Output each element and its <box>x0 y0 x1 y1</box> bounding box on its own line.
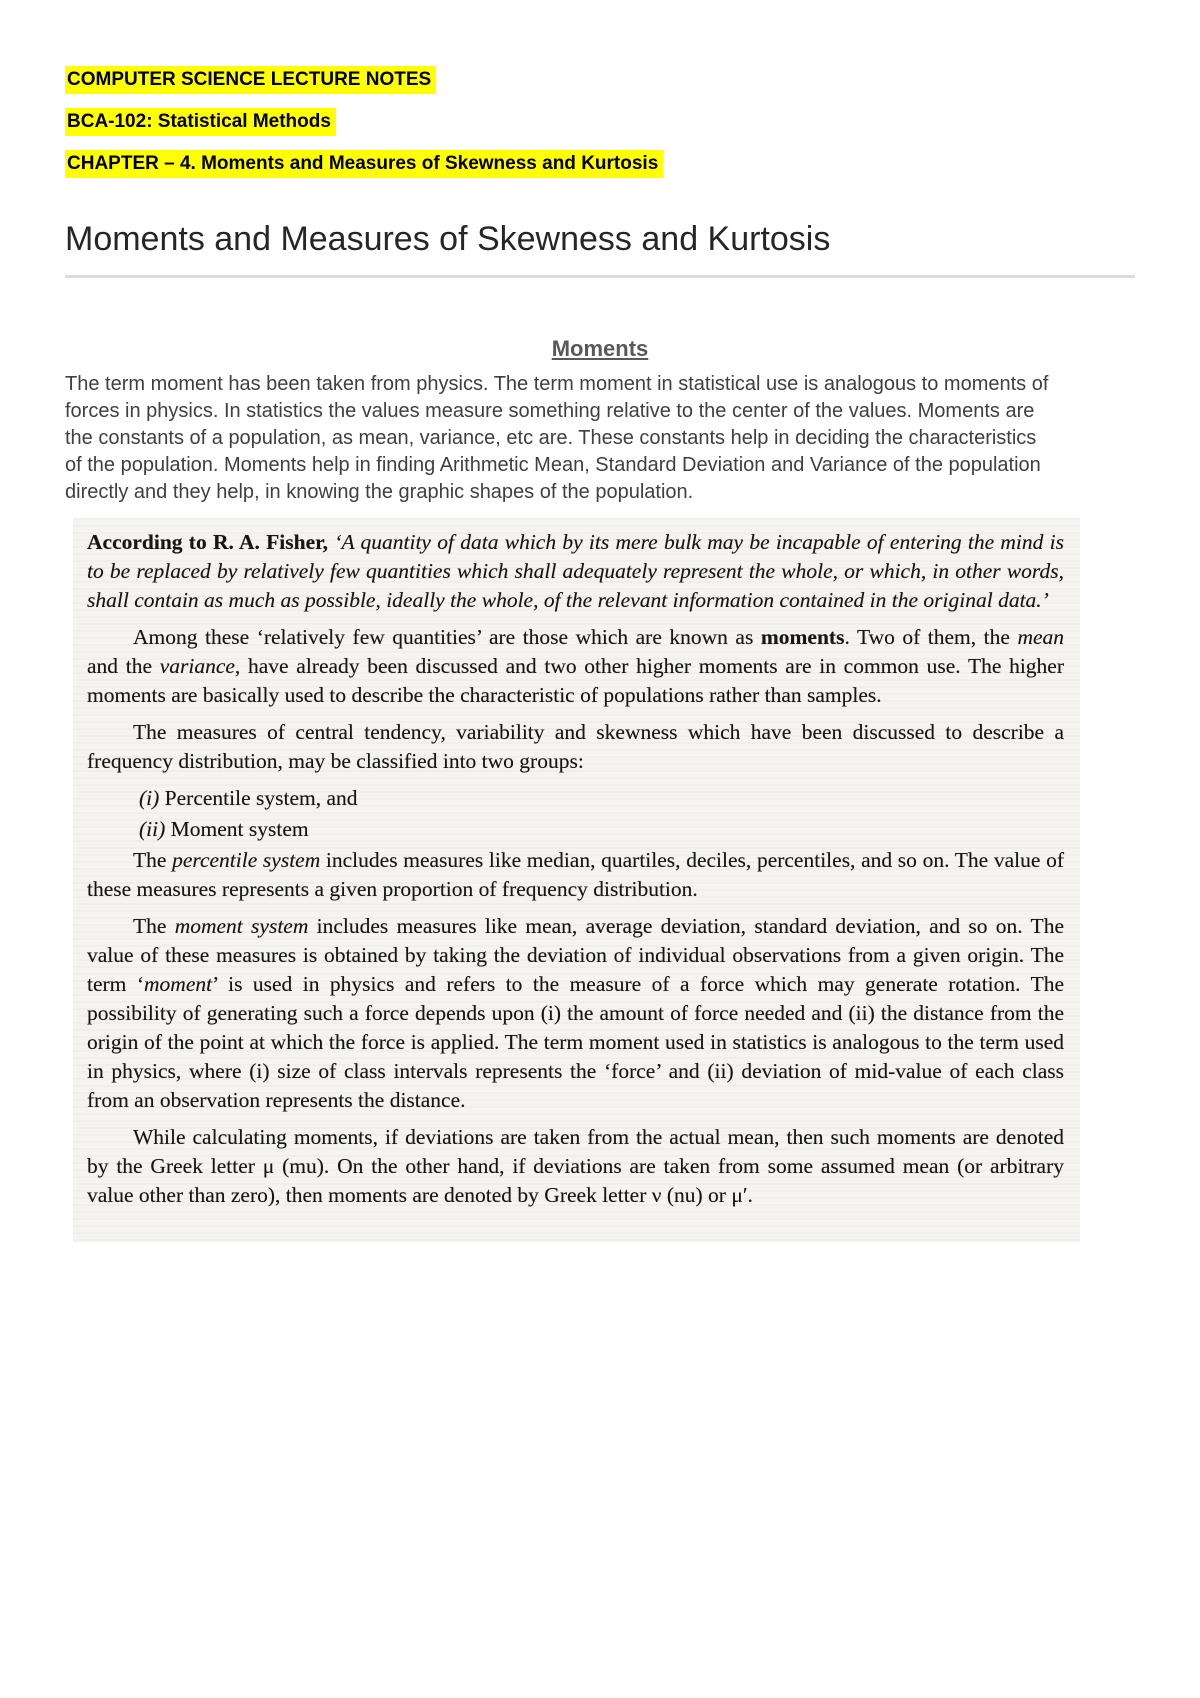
scan-text-run: Among these ‘relatively few quantities’ … <box>133 625 761 649</box>
document-page: COMPUTER SCIENCE LECTURE NOTES BCA-102: … <box>0 0 1200 1242</box>
scan-text-run: moment <box>144 972 212 996</box>
scan-text-run: moment system <box>175 914 309 938</box>
scan-paragraph: According to R. A. Fisher, ‘A quantity o… <box>87 528 1064 615</box>
header-line-1: COMPUTER SCIENCE LECTURE NOTES <box>65 66 1135 94</box>
scan-text-run: Moment system <box>165 817 308 841</box>
scan-text-run: percentile system <box>172 848 320 872</box>
header-line-3: CHAPTER – 4. Moments and Measures of Ske… <box>65 150 1135 178</box>
title-divider <box>65 275 1135 278</box>
scan-text-run: While calculating moments, if deviations… <box>87 1125 1064 1207</box>
header-highlight-chapter: CHAPTER – 4. Moments and Measures of Ske… <box>65 150 663 178</box>
scan-text-run: Percentile system, and <box>159 786 357 810</box>
scan-paragraph: The measures of central tendency, variab… <box>87 718 1064 776</box>
scan-paragraph: Among these ‘relatively few quantities’ … <box>87 623 1064 710</box>
scan-text-run: . Two of them, the <box>844 625 1017 649</box>
intro-paragraph: The term moment has been taken from phys… <box>65 371 1055 506</box>
scan-text-run: moments <box>761 625 845 649</box>
scan-text-run: According to R. A. Fisher, <box>87 530 334 554</box>
scan-paragraph: The moment system includes measures like… <box>87 912 1064 1115</box>
page-title: Moments and Measures of Skewness and Kur… <box>65 220 1135 259</box>
scan-text-run: and the <box>87 654 160 678</box>
header-line-2: BCA-102: Statistical Methods <box>65 108 1135 136</box>
scan-text-run: (i) <box>139 786 159 810</box>
scan-list-item: (ii) Moment system <box>87 815 1064 844</box>
scan-text-run: mean <box>1017 625 1064 649</box>
scan-list-item: (i) Percentile system, and <box>87 784 1064 813</box>
scanned-book-excerpt: According to R. A. Fisher, ‘A quantity o… <box>73 518 1080 1242</box>
scan-text-run: ’ is used in physics and refers to the m… <box>87 972 1064 1112</box>
scan-text-run: (ii) <box>139 817 165 841</box>
header-highlight-course-code: BCA-102: Statistical Methods <box>65 108 336 136</box>
section-heading-moments: Moments <box>65 336 1135 362</box>
scan-paragraph: The percentile system includes measures … <box>87 846 1064 904</box>
scan-text-run: The <box>133 848 172 872</box>
header-highlight-course-notes: COMPUTER SCIENCE LECTURE NOTES <box>65 66 436 94</box>
scan-text-run: The <box>133 914 175 938</box>
scan-text-run: The measures of central tendency, variab… <box>87 720 1064 773</box>
scan-paragraph: While calculating moments, if deviations… <box>87 1123 1064 1210</box>
scan-text-run: variance <box>160 654 235 678</box>
